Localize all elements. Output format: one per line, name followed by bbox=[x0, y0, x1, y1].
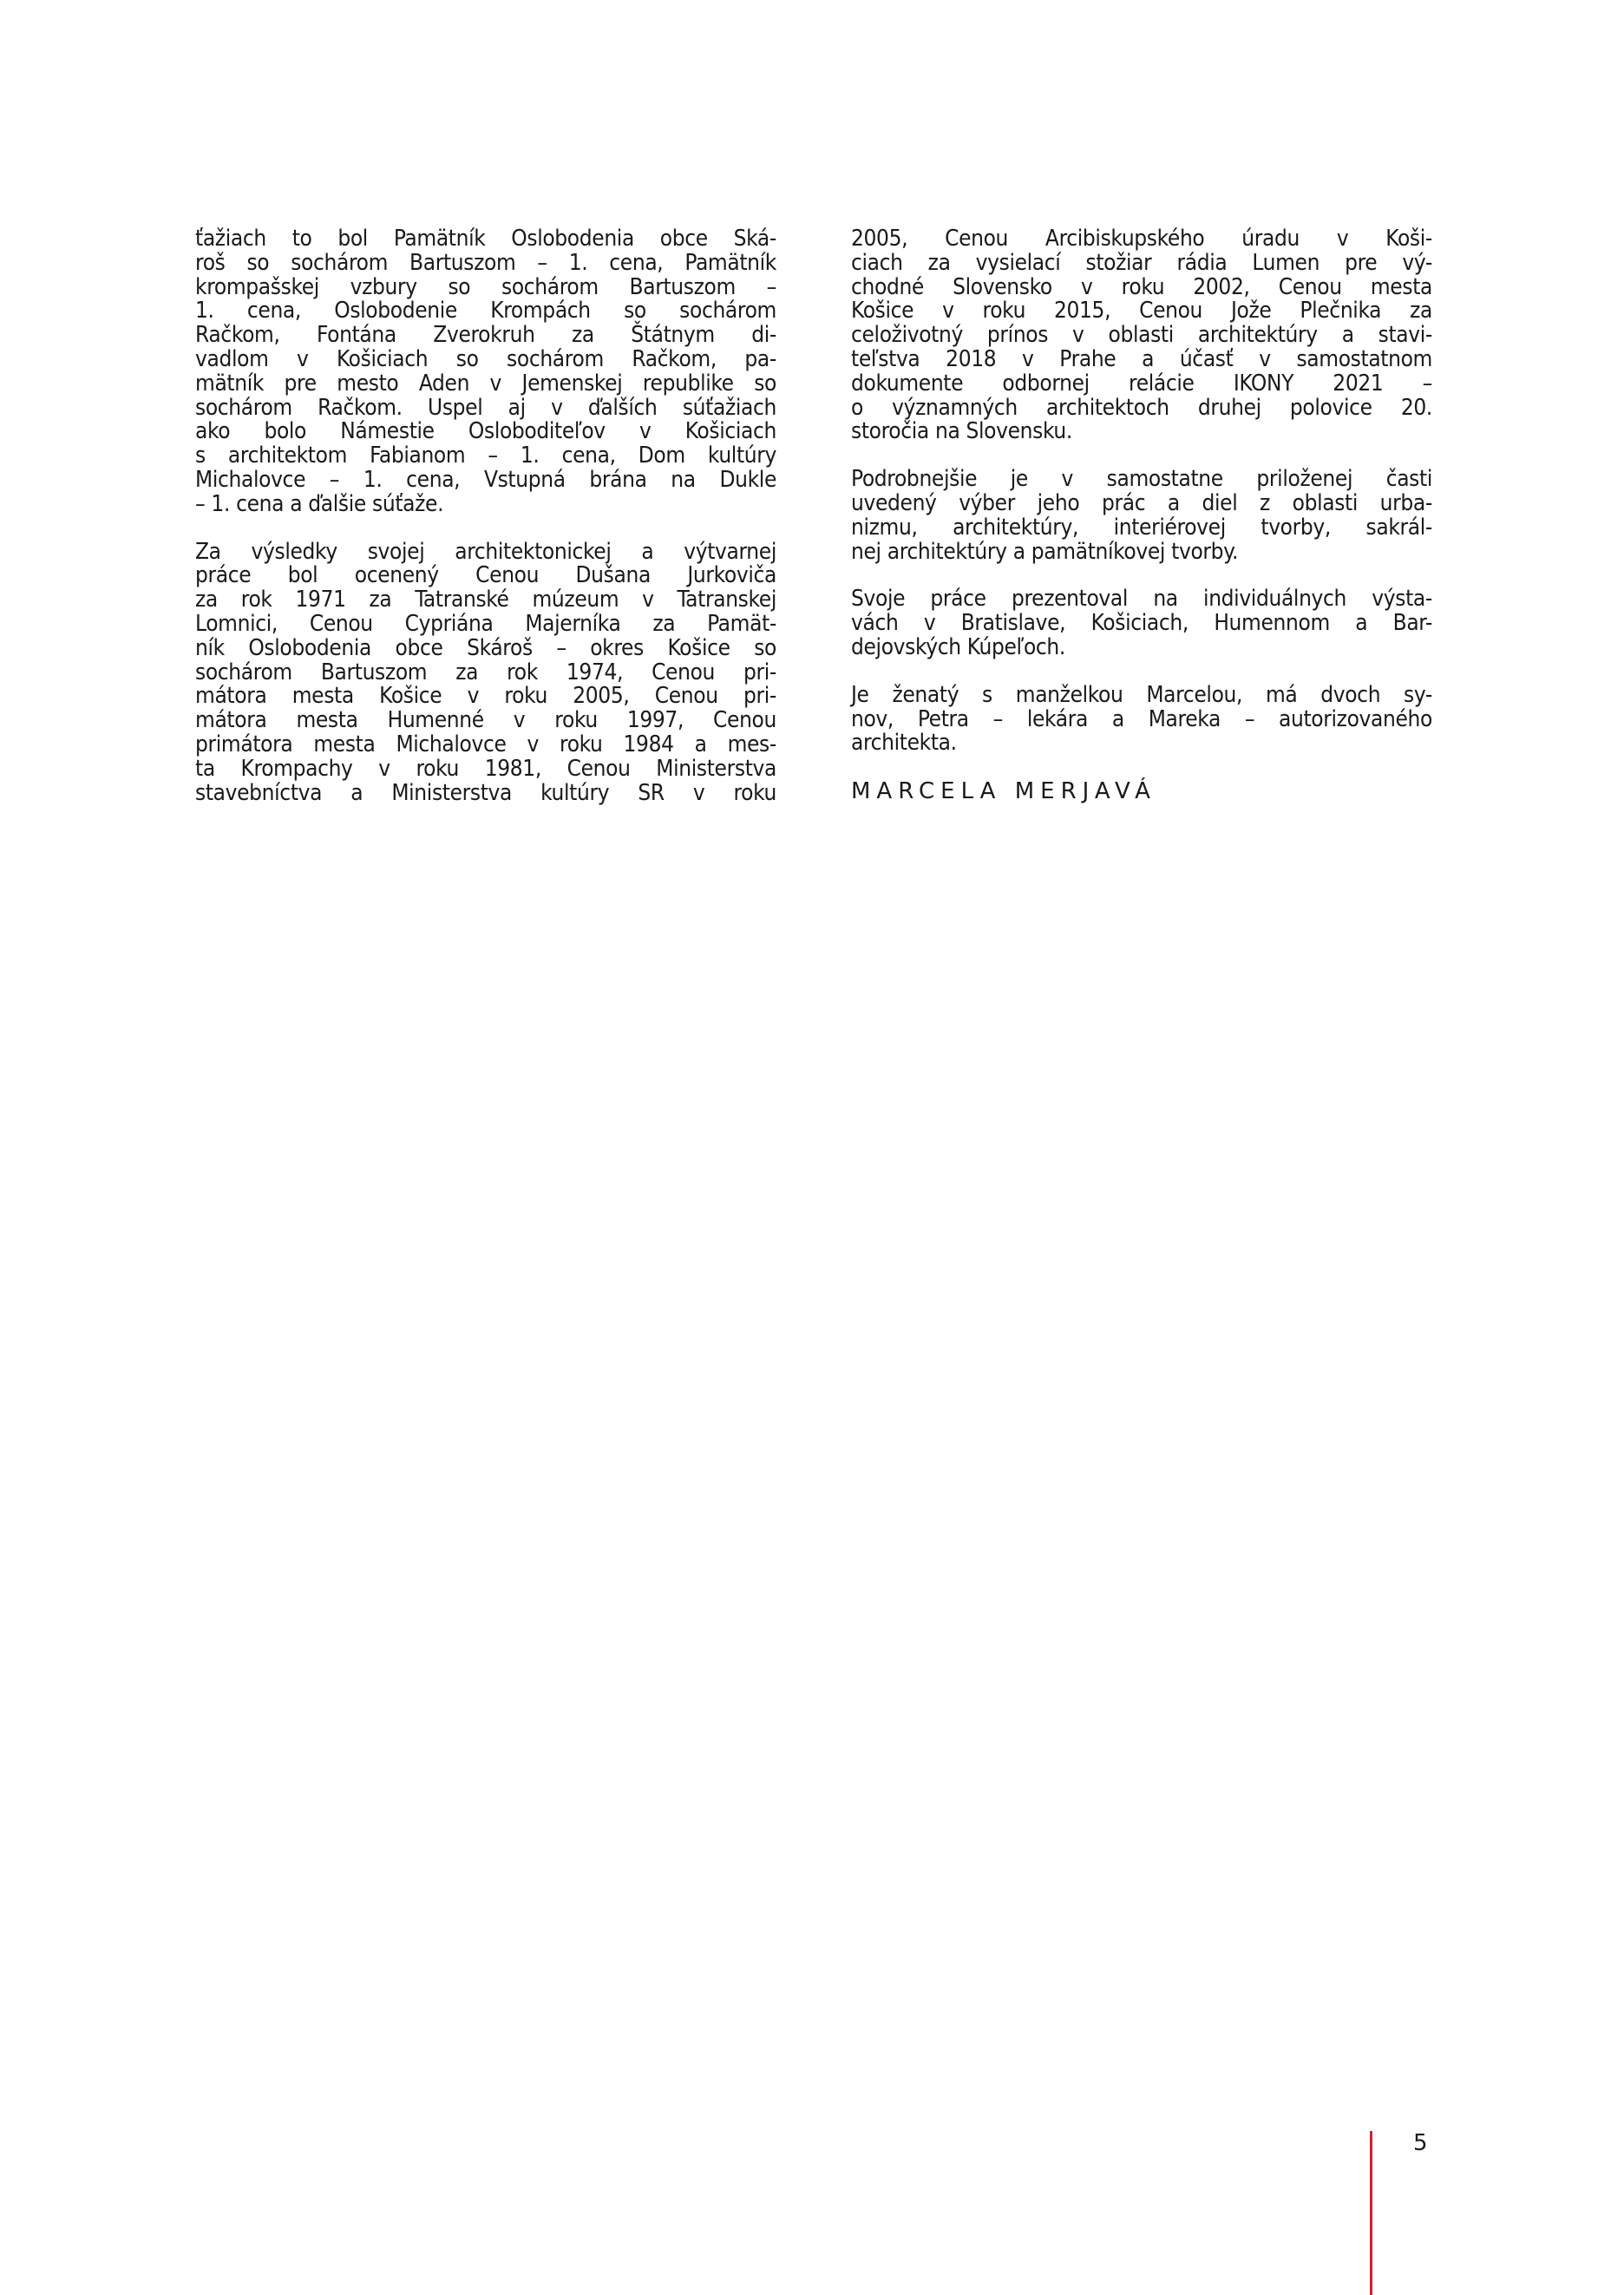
paragraph-exhibitions: Svoje práce prezentoval na individuálnyc… bbox=[851, 587, 1432, 659]
text-line: Lomnici, Cenou Cypriána Majerníka za Pam… bbox=[195, 613, 776, 637]
author-signature: MARCELA MERJAVÁ bbox=[851, 779, 1432, 803]
text-line: stavebníctva a Ministerstva kultúry SR v… bbox=[195, 782, 776, 806]
text-line: primátora mesta Michalovce v roku 1984 a… bbox=[195, 733, 776, 757]
paragraph-family: Je ženatý s manželkou Marcelou, má dvoch… bbox=[851, 684, 1432, 756]
text-line: Podrobnejšie je v samostatne priloženej … bbox=[851, 468, 1432, 492]
text-line: celoživotný prínos v oblasti architektúr… bbox=[851, 324, 1432, 348]
text-line: vách v Bratislave, Košiciach, Humennom a… bbox=[851, 612, 1432, 636]
page-number: 5 bbox=[1413, 2130, 1428, 2156]
text-line: ťažiach to bol Pamätník Oslobodenia obce… bbox=[195, 227, 776, 252]
left-column: ťažiach to bol Pamätník Oslobodenia obce… bbox=[195, 227, 776, 829]
text-line: sochárom Račkom. Uspel aj v ďalších súťa… bbox=[195, 397, 776, 421]
text-line: Račkom, Fontána Zverokruh za Štátnym di- bbox=[195, 324, 776, 348]
text-line: sochárom Bartuszom za rok 1974, Cenou pr… bbox=[195, 661, 776, 685]
paragraph-competitions: ťažiach to bol Pamätník Oslobodenia obce… bbox=[195, 227, 776, 517]
text-line: architekta. bbox=[851, 731, 1432, 756]
text-line: roš so sochárom Bartuszom – 1. cena, Pam… bbox=[195, 252, 776, 276]
text-line: storočia na Slovensku. bbox=[851, 420, 1432, 444]
text-line: 1. cena, Oslobodenie Krompách so socháro… bbox=[195, 299, 776, 324]
text-line: vadlom v Košiciach so sochárom Račkom, p… bbox=[195, 348, 776, 372]
text-line: ník Oslobodenia obce Skároš – okres Koši… bbox=[195, 637, 776, 661]
text-line: krompašskej vzbury so sochárom Bartuszom… bbox=[195, 276, 776, 300]
text-line: teľstva 2018 v Prahe a účasť v samostatn… bbox=[851, 348, 1432, 372]
text-line: – 1. cena a ďalšie súťaže. bbox=[195, 493, 776, 517]
text-line: mátora mesta Košice v roku 2005, Cenou p… bbox=[195, 685, 776, 709]
page-rule-red-line bbox=[1370, 2131, 1372, 2295]
text-line: Michalovce – 1. cena, Vstupná brána na D… bbox=[195, 469, 776, 493]
text-line: mätník pre mesto Aden v Jemenskej republ… bbox=[195, 372, 776, 397]
text-line: nizmu, architektúry, interiérovej tvorby… bbox=[851, 516, 1432, 541]
text-line: dokumente odbornej relácie IKONY 2021 – bbox=[851, 372, 1432, 397]
text-line: Košice v roku 2015, Cenou Jože Plečnika … bbox=[851, 299, 1432, 324]
text-line: o významných architektoch druhej polovic… bbox=[851, 397, 1432, 421]
text-line: práce bol ocenený Cenou Dušana Jurkoviča bbox=[195, 564, 776, 588]
text-line: ta Krompachy v roku 1981, Cenou Minister… bbox=[195, 757, 776, 782]
text-line: Svoje práce prezentoval na individuálnyc… bbox=[851, 587, 1432, 612]
paragraph-awards-continued: 2005, Cenou Arcibiskupského úradu v Koši… bbox=[851, 227, 1432, 444]
text-line: s architektom Fabianom – 1. cena, Dom ku… bbox=[195, 444, 776, 469]
text-line: ako bolo Námestie Osloboditeľov v Košici… bbox=[195, 420, 776, 444]
text-line: ciach za vysielací stožiar rádia Lumen p… bbox=[851, 252, 1432, 276]
right-column: 2005, Cenou Arcibiskupského úradu v Koši… bbox=[851, 227, 1432, 803]
text-line: nej architektúry a pamätníkovej tvorby. bbox=[851, 541, 1432, 565]
text-line: uvedený výber jeho prác a diel z oblasti… bbox=[851, 492, 1432, 516]
text-line: Za výsledky svojej architektonickej a vý… bbox=[195, 541, 776, 565]
paragraph-works-selection: Podrobnejšie je v samostatne priloženej … bbox=[851, 468, 1432, 564]
paragraph-awards: Za výsledky svojej architektonickej a vý… bbox=[195, 541, 776, 806]
text-line: nov, Petra – lekára a Mareka – autorizov… bbox=[851, 708, 1432, 732]
text-line: za rok 1971 za Tatranské múzeum v Tatran… bbox=[195, 588, 776, 613]
text-line: 2005, Cenou Arcibiskupského úradu v Koši… bbox=[851, 227, 1432, 252]
text-line: Je ženatý s manželkou Marcelou, má dvoch… bbox=[851, 684, 1432, 708]
text-line: chodné Slovensko v roku 2002, Cenou mest… bbox=[851, 276, 1432, 300]
text-line: mátora mesta Humenné v roku 1997, Cenou bbox=[195, 709, 776, 733]
text-line: dejovských Kúpeľoch. bbox=[851, 636, 1432, 660]
